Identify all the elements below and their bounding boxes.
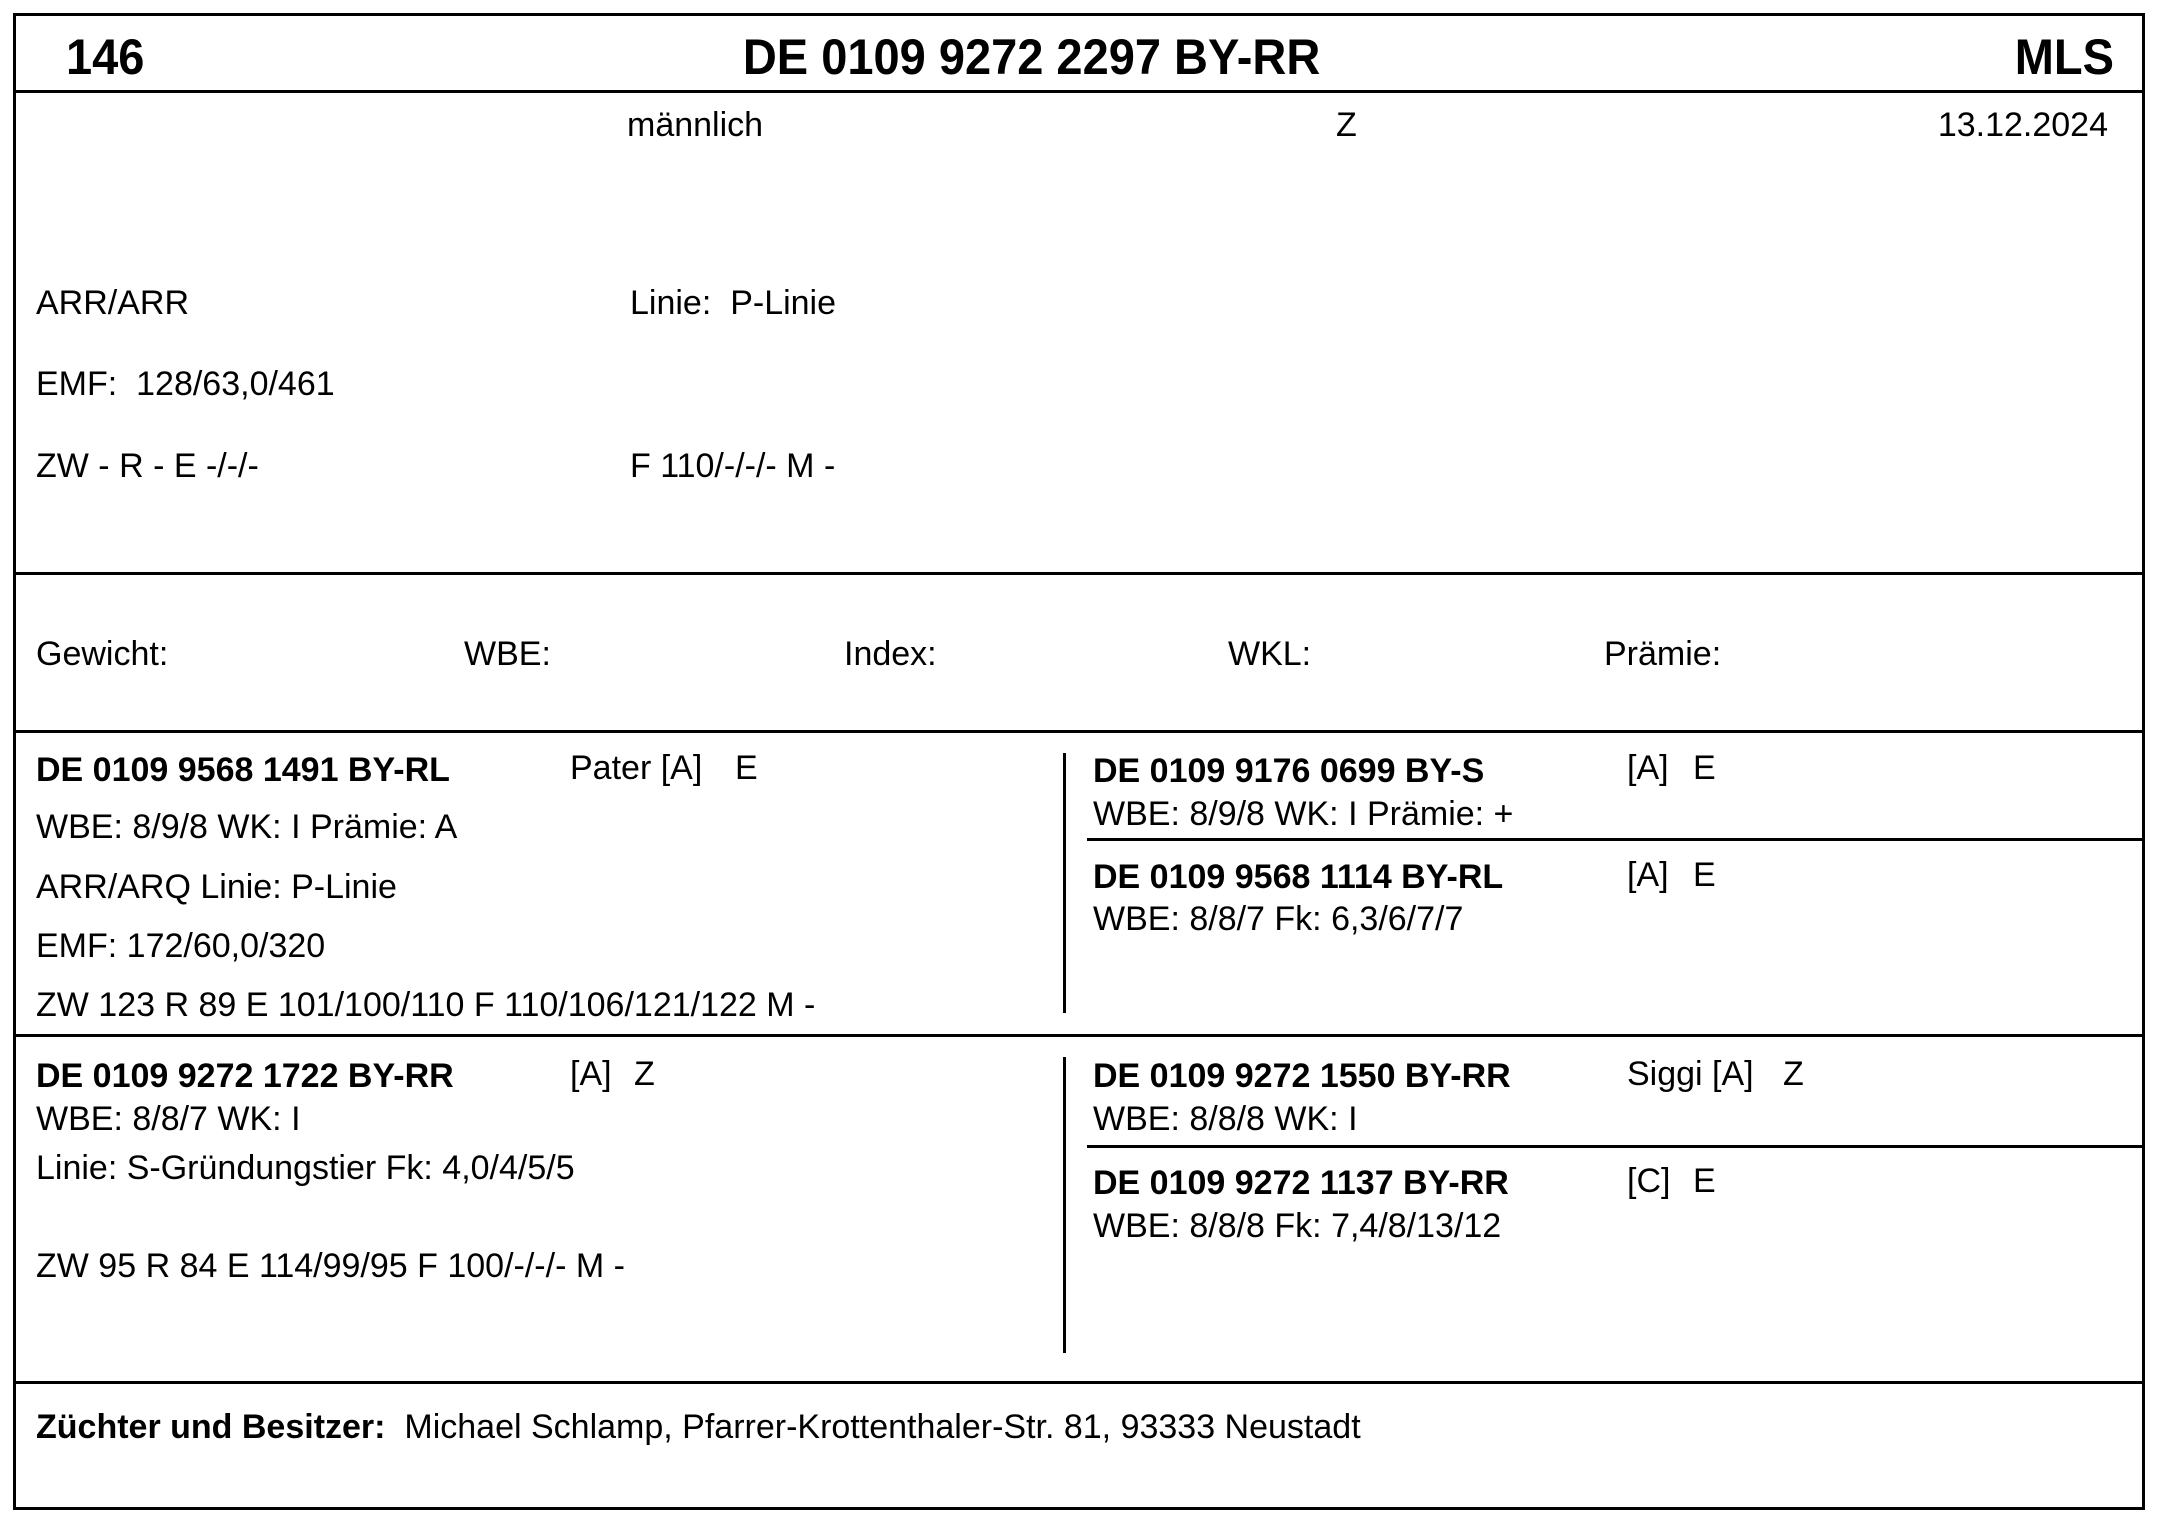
sire-dam-line: WBE: 8/8/7 Fk: 6,3/6/7/7 [1093, 902, 1463, 936]
wkl-label: WKL: [1228, 637, 1311, 671]
line-value: P-Linie [730, 284, 836, 322]
dam-ear-tag: DE 0109 9272 1722 BY-RR [36, 1059, 454, 1093]
sire-dam-divider [13, 1034, 2142, 1037]
premium-label: Prämie: [1604, 637, 1721, 671]
line-label: Linie: [630, 284, 711, 322]
header-divider [13, 90, 2142, 93]
herdbook-section: Z [1336, 108, 1357, 142]
emf: EMF: 128/63,0/461 [36, 367, 335, 401]
evaluation-top-divider [13, 572, 2142, 575]
sire-line-1: WBE: 8/9/8 WK: I Prämie: A [36, 810, 457, 844]
sire-sire-name-class: [A] [1627, 751, 1669, 785]
breeding-values-left: ZW - R - E -/-/- [36, 449, 259, 483]
dam-dam-name-class: [C] [1627, 1164, 1670, 1198]
dam-column-divider [1063, 1057, 1066, 1353]
dam-line-1: WBE: 8/8/7 WK: I [36, 1102, 301, 1136]
sire-section: E [735, 751, 758, 785]
breeder-value: Michael Schlamp, Pfarrer-Krottenthaler-S… [404, 1408, 1360, 1446]
weight-label: Gewicht: [36, 637, 168, 671]
catalog-number: 146 [66, 32, 144, 82]
dam-name-class: [A] [570, 1057, 612, 1091]
pedigree-top-divider [13, 730, 2142, 733]
sire-ear-tag: DE 0109 9568 1491 BY-RL [36, 753, 450, 787]
sire-column-divider [1063, 753, 1066, 1013]
breeder-label: Züchter und Besitzer: [36, 1408, 385, 1446]
sire-line-4: ZW 123 R 89 E 101/100/110 F 110/106/121/… [36, 988, 815, 1022]
date: 13.12.2024 [1938, 108, 2108, 142]
dam-section: Z [634, 1057, 655, 1091]
sire-sire-line: WBE: 8/9/8 WK: I Prämie: + [1093, 797, 1513, 831]
line: Linie: P-Linie [630, 286, 836, 320]
dam-grandparents-divider [1087, 1145, 2142, 1148]
sire-dam-name-class: [A] [1627, 858, 1669, 892]
sire-name-class: Pater [A] [570, 751, 702, 785]
sex: männlich [627, 108, 763, 142]
dam-sire-line: WBE: 8/8/8 WK: I [1093, 1102, 1358, 1136]
breeder: Züchter und Besitzer: Michael Schlamp, P… [36, 1410, 1361, 1444]
emf-label: EMF: [36, 365, 117, 403]
sire-line-2: ARR/ARQ Linie: P-Linie [36, 870, 397, 904]
dam-dam-ear-tag: DE 0109 9272 1137 BY-RR [1093, 1166, 1509, 1200]
breed-code: MLS [2015, 32, 2114, 82]
dam-dam-line: WBE: 8/8/8 Fk: 7,4/8/13/12 [1093, 1209, 1501, 1243]
genotype: ARR/ARR [36, 286, 189, 320]
emf-value: 128/63,0/461 [136, 365, 335, 403]
dam-dam-section: E [1693, 1164, 1716, 1198]
wbe-label: WBE: [464, 637, 551, 671]
sire-grandparents-divider [1087, 838, 2142, 841]
dam-sire-name-class: Siggi [A] [1627, 1057, 1754, 1091]
sire-dam-section: E [1693, 858, 1716, 892]
dam-sire-section: Z [1783, 1057, 1804, 1091]
sire-sire-ear-tag: DE 0109 9176 0699 BY-S [1093, 754, 1484, 788]
breeder-divider [13, 1381, 2142, 1384]
dam-line-3: ZW 95 R 84 E 114/99/95 F 100/-/-/- M - [36, 1249, 625, 1283]
dam-sire-ear-tag: DE 0109 9272 1550 BY-RR [1093, 1059, 1511, 1093]
dam-line-2: Linie: S-Gründungstier Fk: 4,0/4/5/5 [36, 1151, 575, 1185]
breeding-values-right: F 110/-/-/- M - [630, 449, 835, 483]
index-label: Index: [844, 637, 937, 671]
sire-dam-ear-tag: DE 0109 9568 1114 BY-RL [1093, 860, 1503, 894]
sire-sire-section: E [1693, 751, 1716, 785]
sire-line-3: EMF: 172/60,0/320 [36, 929, 325, 963]
animal-ear-tag: DE 0109 9272 2297 BY-RR [743, 32, 1320, 82]
